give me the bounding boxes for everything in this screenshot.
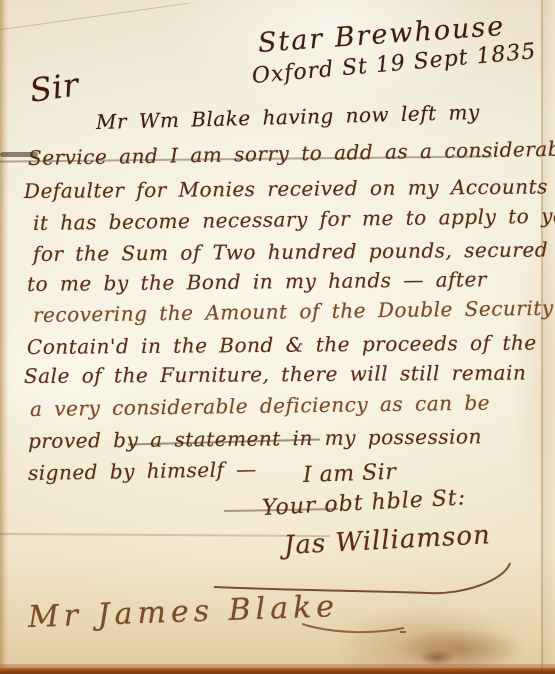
body-line-2: Service and I am sorry to add as a consi… <box>28 136 555 170</box>
body-line-7: recovering the Amount of the Double Secu… <box>33 296 554 327</box>
bottom-stain-dark-spot <box>420 650 454 665</box>
bottom-stain <box>395 628 525 670</box>
fold-crease-lower <box>0 533 330 537</box>
letter-scan: Star Brewhouse Oxford St 19 Sept 1835 Si… <box>0 0 555 674</box>
addressee-flourish <box>300 618 410 640</box>
body-line-10: a very considerable deficiency as can be <box>30 391 490 421</box>
left-edge-wear <box>0 0 9 674</box>
body-line-1: Mr Wm Blake having now left my <box>96 100 480 134</box>
body-line-11: proved by a statement in my possession <box>28 424 482 453</box>
salutation: Sir <box>27 65 81 109</box>
addressee: Mr James Blake <box>27 589 339 635</box>
body-line-6: to me by the Bond in my hands — after <box>27 267 487 296</box>
right-edge-strip <box>543 0 555 674</box>
top-left-crease <box>0 3 189 35</box>
body-line-12: signed by himself — <box>28 457 257 485</box>
body-line-5: for the Sum of Two hundred pounds, secur… <box>33 238 548 266</box>
body-line-9: Sale of the Furniture, there will still … <box>24 360 526 388</box>
body-line-4: it has become necessary for me to apply … <box>33 203 555 235</box>
body-line-3: Defaulter for Monies received on my Acco… <box>24 174 548 203</box>
closing-inline: I am Sir <box>303 460 397 488</box>
body-line-8: Contain'd in the Bond & the proceeds of … <box>27 331 537 359</box>
closing-valediction: Your obt hble St: <box>261 485 466 521</box>
